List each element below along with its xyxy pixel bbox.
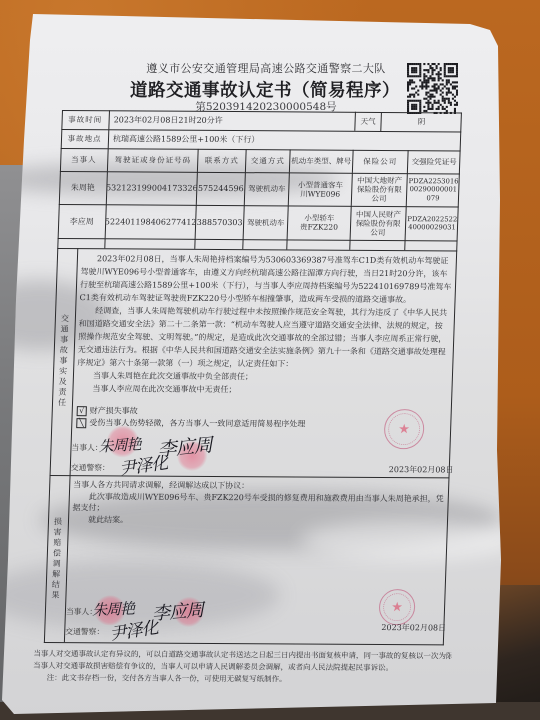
checkbox-checked-icon: √ (77, 406, 87, 416)
issuing-authority: 遵义市公安交通管理局高速公路交通警察二大队 (120, 60, 412, 76)
place-label: 事故地点 (61, 129, 110, 148)
star-icon: ★ (398, 422, 410, 437)
party-name: 李应周 (58, 204, 107, 238)
party-insurer: 中国人民财产保险股份有限公司 (351, 206, 407, 240)
blank-cell (350, 240, 405, 250)
legal-notes: 当事人对交通事故认定有异议的，可以自道路交通事故认定书送达之日起三日内提出书面复… (32, 648, 451, 687)
col-party: 当事人 (60, 148, 109, 171)
party-2-signature: 李应周 (151, 596, 203, 626)
party-phone: 13885703030 (196, 205, 245, 239)
vehicle-info: 小型轿车 贵FZK220 (300, 213, 338, 231)
mediation-agreement: 此次事故造成川WYE096号车、贵FZK220号车受损的修复费用和施救费用由当事… (72, 491, 445, 516)
official-seal-icon: ★ (378, 589, 415, 625)
facts-paragraph: 2023年02月08日，当事人朱周艳持档案编号为530603369387号准驾车… (79, 252, 453, 306)
col-insurer: 保险公司 (353, 150, 409, 173)
facts-responsibility-section: 交通事故事实及责任 2023年02月08日，当事人朱周艳持档案编号为530603… (50, 248, 458, 478)
option-label: 财产损失事故 (90, 405, 138, 416)
mediation-text: 当事人各方共同请求调解，经调解达成以下协议： 此次事故造成川WYE096号车、贵… (72, 479, 445, 527)
place-value: 杭瑞高速公路1589公里+100米（下行） (109, 129, 462, 150)
finding-party-2: 当事人李应周在此次交通事故中无责任； (76, 382, 448, 397)
vehicle-type: 小型普通客车 (298, 180, 343, 189)
official-seal-icon: ★ (383, 409, 424, 449)
party-phone: 15752445963 (197, 172, 246, 205)
blank-cell (57, 238, 105, 248)
mediation-section-label: 损害赔偿调解结果 (50, 517, 64, 601)
blank-cell (405, 240, 457, 250)
vehicle-plate: 川WYE096 (300, 189, 340, 198)
blank-cell (105, 238, 195, 249)
party-license-id: 532123199004173326 (107, 171, 198, 205)
party-transport: 驾驶机动车 (244, 205, 289, 239)
col-license-id: 驾驶证或身份证号码 (108, 148, 199, 172)
vehicle-type: 小型轿车 (304, 214, 334, 223)
party-policy-number: PDZA202252240000029031 (406, 206, 459, 240)
col-policy: 交强险凭证号 (408, 150, 461, 173)
option-property-loss: √ 财产损失事故 (77, 405, 138, 416)
note-copies: 注：此文书存档一份，交付各方当事人各一份，可使用无碳复写纸制作。 (32, 672, 450, 687)
weather-value: 阴 (381, 112, 462, 131)
vehicle-plate: 贵FZK220 (300, 222, 338, 231)
party-vehicle: 小型轿车 贵FZK220 (288, 205, 352, 239)
blank-cell (243, 239, 287, 249)
time-value: 2023年02月08日21时20分许 (109, 110, 356, 131)
mediation-section-body: 当事人各方共同请求调解，经调解达成以下协议： 此次事故造成川WYE096号车、贵… (65, 475, 450, 644)
mediation-section: 损害赔偿调解结果 当事人各方共同请求调解，经调解达成以下协议： 此次事故造成川W… (44, 475, 450, 645)
party-vehicle: 小型普通客车 川WYE096 (289, 172, 353, 205)
time-label: 事故时间 (61, 110, 110, 129)
mediation-closing: 就此结案。 (72, 514, 444, 528)
col-vehicle: 机动车类型、牌号 (290, 149, 354, 172)
facts-section-label: 交通事故事实及责任 (56, 314, 70, 409)
officer-signature-label: 交通警察： (71, 462, 110, 473)
col-transport: 交通方式 (246, 149, 291, 172)
officer-signature-label: 交通警察： (65, 626, 104, 637)
weather-label: 天气 (355, 112, 382, 131)
option-simplified-procedure: ╲ 受伤当事人伤势轻微，各方当事人一致同意适用简易程序处理 (76, 417, 305, 429)
col-contact: 联系方式 (198, 149, 247, 172)
vehicle-info: 小型普通客车 川WYE096 (298, 180, 344, 198)
table-row: 朱周艳 532123199004173326 15752445963 驾驶机动车… (59, 171, 460, 207)
blank-cell (195, 239, 243, 249)
party-name: 朱周艳 (59, 171, 108, 204)
mediation-date: 2023年02月08日 (381, 622, 446, 633)
report-form: 事故时间 2023年02月08日21时20分许 天气 阴 事故地点 杭瑞高速公路… (42, 110, 462, 692)
star-icon: ★ (391, 600, 403, 615)
party-license-id: 522401198406277412 (106, 204, 197, 239)
accident-narrative: 2023年02月08日，当事人朱周艳持档案编号为530603369387号准驾车… (76, 252, 453, 397)
party-insurer: 中国大地财产保险股份有限公司 (352, 173, 408, 206)
facts-section-body: 2023年02月08日，当事人朱周艳持档案编号为530603369387号准驾车… (71, 248, 458, 477)
investigation-paragraph: 经调查，当事人朱周艳驾驶机动车行驶过程中未按照操作规范安全驾驶，其行为违反了《中… (77, 304, 451, 371)
checkbox-checked-icon: ╲ (76, 418, 86, 428)
qr-code-icon (407, 63, 458, 114)
table-row: 李应周 522401198406277412 13885703030 驾驶机动车… (58, 204, 459, 241)
party-transport: 驾驶机动车 (245, 172, 290, 205)
facts-date: 2023年02月08日 (389, 464, 454, 475)
blank-cell (287, 239, 350, 249)
party-policy-number: PDZA225301600290000001079 (407, 173, 460, 206)
